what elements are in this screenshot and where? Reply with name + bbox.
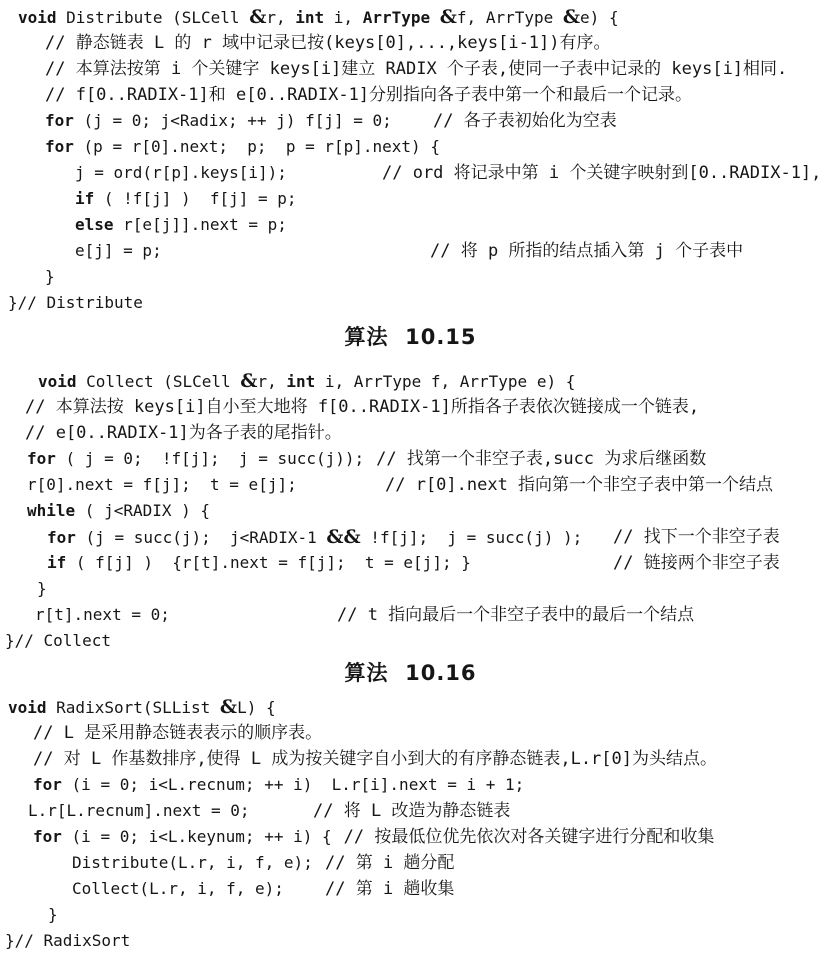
code-text: i, — [324, 8, 363, 27]
keyword: void — [18, 8, 57, 27]
algorithm-header: 算法 10.15 — [0, 324, 821, 350]
code-line: for (i = 0; i<L.keynum; ++ i) {// 按最低位优先… — [0, 824, 821, 850]
comment-text: // 将 p 所指的结点插入第 j 个子表中 — [430, 238, 743, 264]
code-line: }// RadixSort — [0, 928, 821, 954]
code-text: (i = 0; i<L.recnum; ++ i) L.r[i].next = … — [62, 775, 524, 794]
code-line: // f[0..RADIX-1]和 e[0..RADIX-1]分别指向各子表中第… — [0, 82, 821, 108]
code-line: // e[0..RADIX-1]为各子表的尾指针。 — [0, 420, 821, 446]
comment-text: // r[0].next 指向第一个非空子表中第一个结点 — [385, 472, 773, 498]
code-line: // 静态链表 L 的 r 域中记录已按(keys[0],...,keys[i-… — [0, 30, 821, 56]
comment-text: // 链接两个非空子表 — [613, 550, 780, 576]
comment-text: // 第 i 趟收集 — [325, 876, 454, 902]
code-line: // L 是采用静态链表表示的顺序表。 — [0, 720, 821, 746]
code-text: Collect(L.r, i, f, e); — [72, 879, 284, 898]
code-text: (i = 0; i<L.keynum; ++ i) { — [62, 827, 332, 846]
keyword: ArrType — [363, 8, 430, 27]
code-line: for (i = 0; i<L.recnum; ++ i) L.r[i].nex… — [0, 772, 821, 798]
header-text: 算法 10.15 — [344, 325, 476, 349]
code-text: ( j<RADIX ) { — [75, 501, 210, 520]
comment-text: // f[0..RADIX-1]和 e[0..RADIX-1]分别指向各子表中第… — [45, 85, 692, 105]
keyword: int — [286, 372, 315, 391]
comment-text: // e[0..RADIX-1]为各子表的尾指针。 — [25, 423, 342, 443]
code-text: Distribute(L.r, i, f, e); — [72, 853, 313, 872]
code-text: }// Distribute — [8, 293, 143, 312]
code-text: !f[j]; j = succ(j) ); — [361, 528, 583, 547]
code-line: j = ord(r[p].keys[i]);// ord 将记录中第 i 个关键… — [0, 160, 821, 186]
algorithm-header: 算法 10.16 — [0, 660, 821, 686]
code-line: else r[e[j]].next = p; — [0, 212, 821, 238]
comment-text: // 各子表初始化为空表 — [433, 108, 617, 134]
comment-text: // 对 L 作基数排序,使得 L 成为按关键字自小到大的有序静态链表,L.r[… — [33, 749, 717, 769]
code-line: // 本算法按第 i 个关键字 keys[i]建立 RADIX 个子表,使同一子… — [0, 56, 821, 82]
keyword: if — [75, 189, 94, 208]
keyword: for — [45, 137, 74, 156]
ampersand: & — [563, 6, 580, 28]
code-text: ( !f[j] ) f[j] = p; — [94, 189, 296, 208]
code-text: (j = 0; j<Radix; ++ j) f[j] = 0; — [74, 111, 392, 130]
code-line: while ( j<RADIX ) { — [0, 498, 821, 524]
code-line: if ( f[j] ) {r[t].next = f[j]; t = e[j];… — [0, 550, 821, 576]
code-line: L.r[L.recnum].next = 0;// 将 L 改造为静态链表 — [0, 798, 821, 824]
code-line: Distribute(L.r, i, f, e);// 第 i 趟分配 — [0, 850, 821, 876]
code-line: }// Collect — [0, 628, 821, 654]
code-text: } — [48, 905, 58, 924]
comment-text: // ord 将记录中第 i 个关键字映射到[0..RADIX-1], — [382, 160, 821, 186]
keyword: for — [27, 449, 56, 468]
keyword: while — [27, 501, 75, 520]
code-text: (p = r[0].next; p; p = r[p].next) { — [74, 137, 440, 156]
code-text: e) { — [580, 8, 619, 27]
code-line: // 对 L 作基数排序,使得 L 成为按关键字自小到大的有序静态链表,L.r[… — [0, 746, 821, 772]
keyword: void — [8, 698, 47, 717]
code-line: r[t].next = 0;// t 指向最后一个非空子表中的最后一个结点 — [0, 602, 821, 628]
code-text: } — [45, 267, 55, 286]
ampersand: && — [326, 526, 360, 548]
code-text: Distribute (SLCell — [57, 8, 250, 27]
code-text — [430, 8, 440, 27]
comment-text: // t 指向最后一个非空子表中的最后一个结点 — [337, 602, 694, 628]
code-line: if ( !f[j] ) f[j] = p; — [0, 186, 821, 212]
keyword: for — [45, 111, 74, 130]
code-line: Collect(L.r, i, f, e);// 第 i 趟收集 — [0, 876, 821, 902]
code-text: i, ArrType f, ArrType e) { — [315, 372, 575, 391]
comment-text: // 将 L 改造为静态链表 — [313, 798, 510, 824]
comment-text: // 本算法按第 i 个关键字 keys[i]建立 RADIX 个子表,使同一子… — [45, 59, 787, 79]
code-line: r[0].next = f[j]; t = e[j];// r[0].next … — [0, 472, 821, 498]
ampersand: & — [249, 6, 266, 28]
comment-text: // 本算法按 keys[i]自小至大地将 f[0..RADIX-1]所指各子表… — [25, 397, 699, 417]
ampersand: & — [220, 696, 237, 718]
code-text: r[0].next = f[j]; t = e[j]; — [27, 475, 297, 494]
code-text: (j = succ(j); j<RADIX-1 — [76, 528, 326, 547]
keyword: if — [47, 553, 66, 572]
code-text: }// RadixSort — [5, 931, 130, 950]
comment-text: // L 是采用静态链表表示的顺序表。 — [33, 723, 322, 743]
code-text: r, — [266, 8, 295, 27]
code-text: e[j] = p; — [75, 241, 162, 260]
comment-text: // 找下一个非空子表 — [613, 524, 780, 550]
code-text: Collect (SLCell — [77, 372, 241, 391]
keyword: else — [75, 215, 114, 234]
ampersand: & — [240, 370, 257, 392]
code-line: for (j = 0; j<Radix; ++ j) f[j] = 0;// 各… — [0, 108, 821, 134]
code-line: void Distribute (SLCell &r, int i, ArrTy… — [0, 4, 821, 30]
textbook-page: void Distribute (SLCell &r, int i, ArrTy… — [0, 0, 821, 958]
code-line: for ( j = 0; !f[j]; j = succ(j));// 找第一个… — [0, 446, 821, 472]
code-text: r[t].next = 0; — [35, 605, 170, 624]
code-line: void Collect (SLCell &r, int i, ArrType … — [0, 368, 821, 394]
comment-text: // 找第一个非空子表,succ 为求后继函数 — [376, 449, 706, 469]
code-line: } — [0, 264, 821, 290]
code-text: ( f[j] ) {r[t].next = f[j]; t = e[j]; } — [66, 553, 471, 572]
code-line: // 本算法按 keys[i]自小至大地将 f[0..RADIX-1]所指各子表… — [0, 394, 821, 420]
comment-text: // 静态链表 L 的 r 域中记录已按(keys[0],...,keys[i-… — [45, 33, 611, 53]
code-line: for (j = succ(j); j<RADIX-1 && !f[j]; j … — [0, 524, 821, 550]
code-text: } — [37, 579, 47, 598]
code-line: } — [0, 902, 821, 928]
code-text: j = ord(r[p].keys[i]); — [75, 163, 287, 182]
ampersand: & — [440, 6, 457, 28]
keyword: void — [38, 372, 77, 391]
code-text: ( j = 0; !f[j]; j = succ(j)); — [56, 449, 364, 468]
keyword: int — [295, 8, 324, 27]
keyword: for — [33, 775, 62, 794]
code-text: r, — [257, 372, 286, 391]
code-page: void Distribute (SLCell &r, int i, ArrTy… — [0, 4, 821, 954]
comment-text: // 第 i 趟分配 — [325, 850, 454, 876]
keyword: for — [47, 528, 76, 547]
code-line: void RadixSort(SLList &L) { — [0, 694, 821, 720]
comment-text: // 按最低位优先依次对各关键字进行分配和收集 — [344, 827, 715, 847]
code-text: RadixSort(SLList — [47, 698, 220, 717]
code-text: f, ArrType — [457, 8, 563, 27]
code-text: L) { — [237, 698, 276, 717]
code-text: }// Collect — [5, 631, 111, 650]
code-line: } — [0, 576, 821, 602]
code-line: }// Distribute — [0, 290, 821, 316]
code-line: e[j] = p;// 将 p 所指的结点插入第 j 个子表中 — [0, 238, 821, 264]
header-text: 算法 10.16 — [344, 661, 476, 685]
code-text: r[e[j]].next = p; — [114, 215, 287, 234]
code-line: for (p = r[0].next; p; p = r[p].next) { — [0, 134, 821, 160]
keyword: for — [33, 827, 62, 846]
code-text: L.r[L.recnum].next = 0; — [28, 801, 250, 820]
